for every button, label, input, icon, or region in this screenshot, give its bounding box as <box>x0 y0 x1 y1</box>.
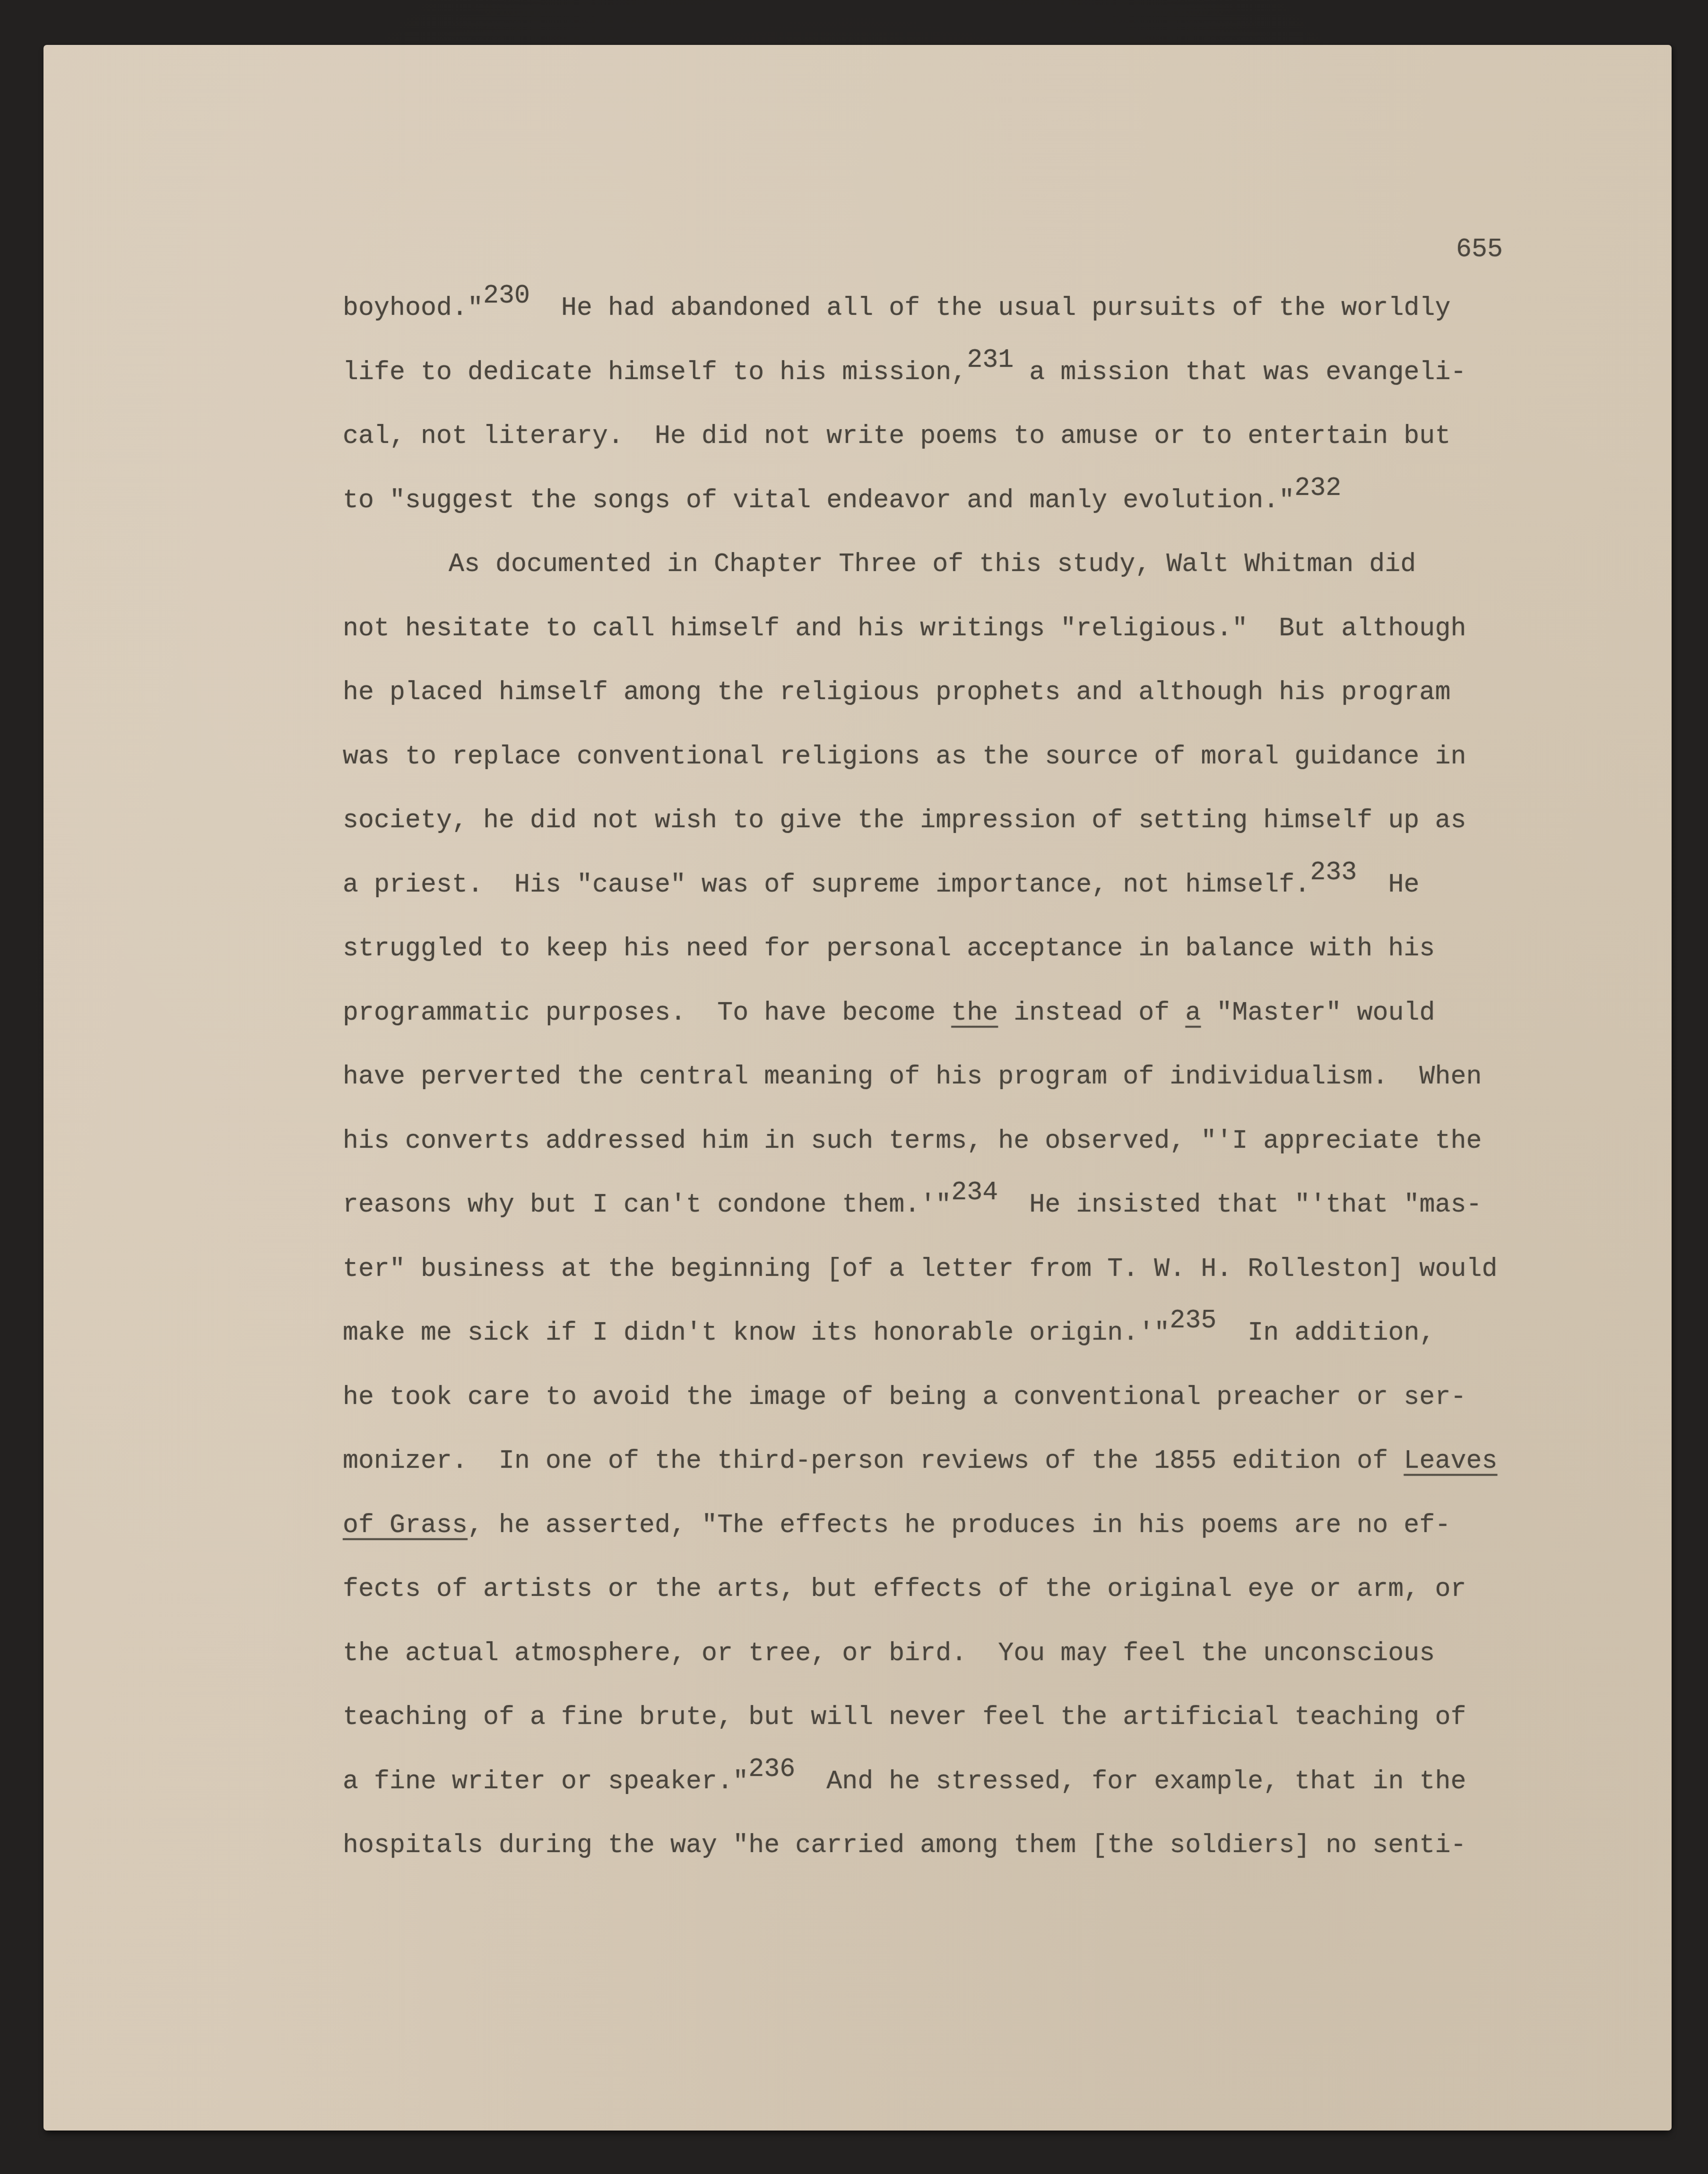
underlined-text: of Grass <box>343 1510 468 1540</box>
text-line: a fine writer or speaker."236 And he str… <box>343 1750 1553 1814</box>
text-segment: struggled to keep his need for personal … <box>343 934 1435 963</box>
text-line: the actual atmosphere, or tree, or bird.… <box>343 1621 1553 1686</box>
footnote-superscript: 232 <box>1294 456 1341 520</box>
text-line: have perverted the central meaning of hi… <box>343 1045 1553 1109</box>
text-line: a priest. His "cause" was of supreme imp… <box>343 853 1553 917</box>
footnote-superscript: 230 <box>483 264 530 328</box>
text-segment: a fine writer or speaker." <box>343 1767 748 1796</box>
text-line: not hesitate to call himself and his wri… <box>343 597 1553 661</box>
text-segment: programmatic purposes. To have become <box>343 998 951 1028</box>
text-segment: As documented in Chapter Three of this s… <box>449 549 1416 579</box>
text-line: boyhood."230 He had abandoned all of the… <box>343 276 1553 340</box>
text-segment: He <box>1357 870 1419 900</box>
text-line: to "suggest the songs of vital endeavor … <box>343 468 1553 533</box>
footnote-superscript: 231 <box>967 328 1014 392</box>
text-segment: his converts addressed him in such terms… <box>343 1126 1482 1156</box>
page-number: 655 <box>1456 233 1503 266</box>
text-segment: , he asserted, "The effects he produces … <box>468 1510 1450 1540</box>
underlined-text: the <box>951 998 998 1028</box>
text-segment: He insisted that "'that "mas- <box>998 1190 1482 1220</box>
text-line: he took care to avoid the image of being… <box>343 1365 1553 1429</box>
text-line: fects of artists or the arts, but effect… <box>343 1557 1553 1621</box>
underlined-text: a <box>1185 998 1201 1028</box>
text-segment: a mission that was evangeli- <box>1014 357 1466 387</box>
text-line: teaching of a fine brute, but will never… <box>343 1685 1553 1750</box>
text-segment: not hesitate to call himself and his wri… <box>343 614 1466 643</box>
text-segment: reasons why but I can't condone them.'" <box>343 1190 951 1220</box>
text-segment: monizer. In one of the third-person revi… <box>343 1446 1404 1476</box>
text-segment: he placed himself among the religious pr… <box>343 677 1450 707</box>
footnote-superscript: 235 <box>1170 1289 1216 1353</box>
footnote-superscript: 236 <box>748 1737 795 1801</box>
underlined-text: Leaves <box>1404 1446 1497 1476</box>
text-segment: life to dedicate himself to his mission, <box>343 357 967 387</box>
typescript-page: 655 boyhood."230 He had abandoned all of… <box>43 45 1672 2131</box>
text-segment: And he stressed, for example, that in th… <box>795 1767 1466 1796</box>
text-line: he placed himself among the religious pr… <box>343 660 1553 725</box>
text-line: life to dedicate himself to his mission,… <box>343 340 1553 405</box>
text-line: programmatic purposes. To have become th… <box>343 981 1553 1045</box>
text-line: reasons why but I can't condone them.'"2… <box>343 1173 1553 1237</box>
body-text: boyhood."230 He had abandoned all of the… <box>343 276 1553 1878</box>
text-segment: instead of <box>998 998 1185 1028</box>
text-line: of Grass, he asserted, "The effects he p… <box>343 1493 1553 1558</box>
text-segment: was to replace conventional religions as… <box>343 742 1466 771</box>
text-line: As documented in Chapter Three of this s… <box>343 532 1553 597</box>
text-segment: In addition, <box>1216 1318 1435 1348</box>
text-segment: ter" business at the beginning [of a let… <box>343 1254 1497 1284</box>
footnote-superscript: 234 <box>951 1161 998 1225</box>
text-segment: he took care to avoid the image of being… <box>343 1382 1466 1412</box>
text-segment: He had abandoned all of the usual pursui… <box>530 293 1450 323</box>
text-segment: hospitals during the way "he carried amo… <box>343 1830 1466 1860</box>
text-line: ter" business at the beginning [of a let… <box>343 1237 1553 1301</box>
footnote-superscript: 233 <box>1310 840 1357 904</box>
text-line: society, he did not wish to give the imp… <box>343 788 1553 853</box>
text-segment: fects of artists or the arts, but effect… <box>343 1574 1466 1604</box>
text-line: hospitals during the way "he carried amo… <box>343 1813 1553 1878</box>
text-segment: a priest. His "cause" was of supreme imp… <box>343 870 1310 900</box>
text-line: struggled to keep his need for personal … <box>343 917 1553 981</box>
text-segment: cal, not literary. He did not write poem… <box>343 421 1450 451</box>
text-line: make me sick if I didn't know its honora… <box>343 1301 1553 1365</box>
text-line: monizer. In one of the third-person revi… <box>343 1429 1553 1493</box>
text-segment: boyhood." <box>343 293 483 323</box>
text-segment: the actual atmosphere, or tree, or bird.… <box>343 1638 1435 1668</box>
text-segment: make me sick if I didn't know its honora… <box>343 1318 1170 1348</box>
text-segment: teaching of a fine brute, but will never… <box>343 1702 1466 1732</box>
text-segment: to "suggest the songs of vital endeavor … <box>343 485 1294 515</box>
text-segment: society, he did not wish to give the imp… <box>343 806 1466 835</box>
text-line: was to replace conventional religions as… <box>343 725 1553 789</box>
text-segment: have perverted the central meaning of hi… <box>343 1062 1482 1091</box>
text-line: his converts addressed him in such terms… <box>343 1109 1553 1173</box>
text-segment: "Master" would <box>1201 998 1435 1028</box>
text-line: cal, not literary. He did not write poem… <box>343 404 1553 468</box>
